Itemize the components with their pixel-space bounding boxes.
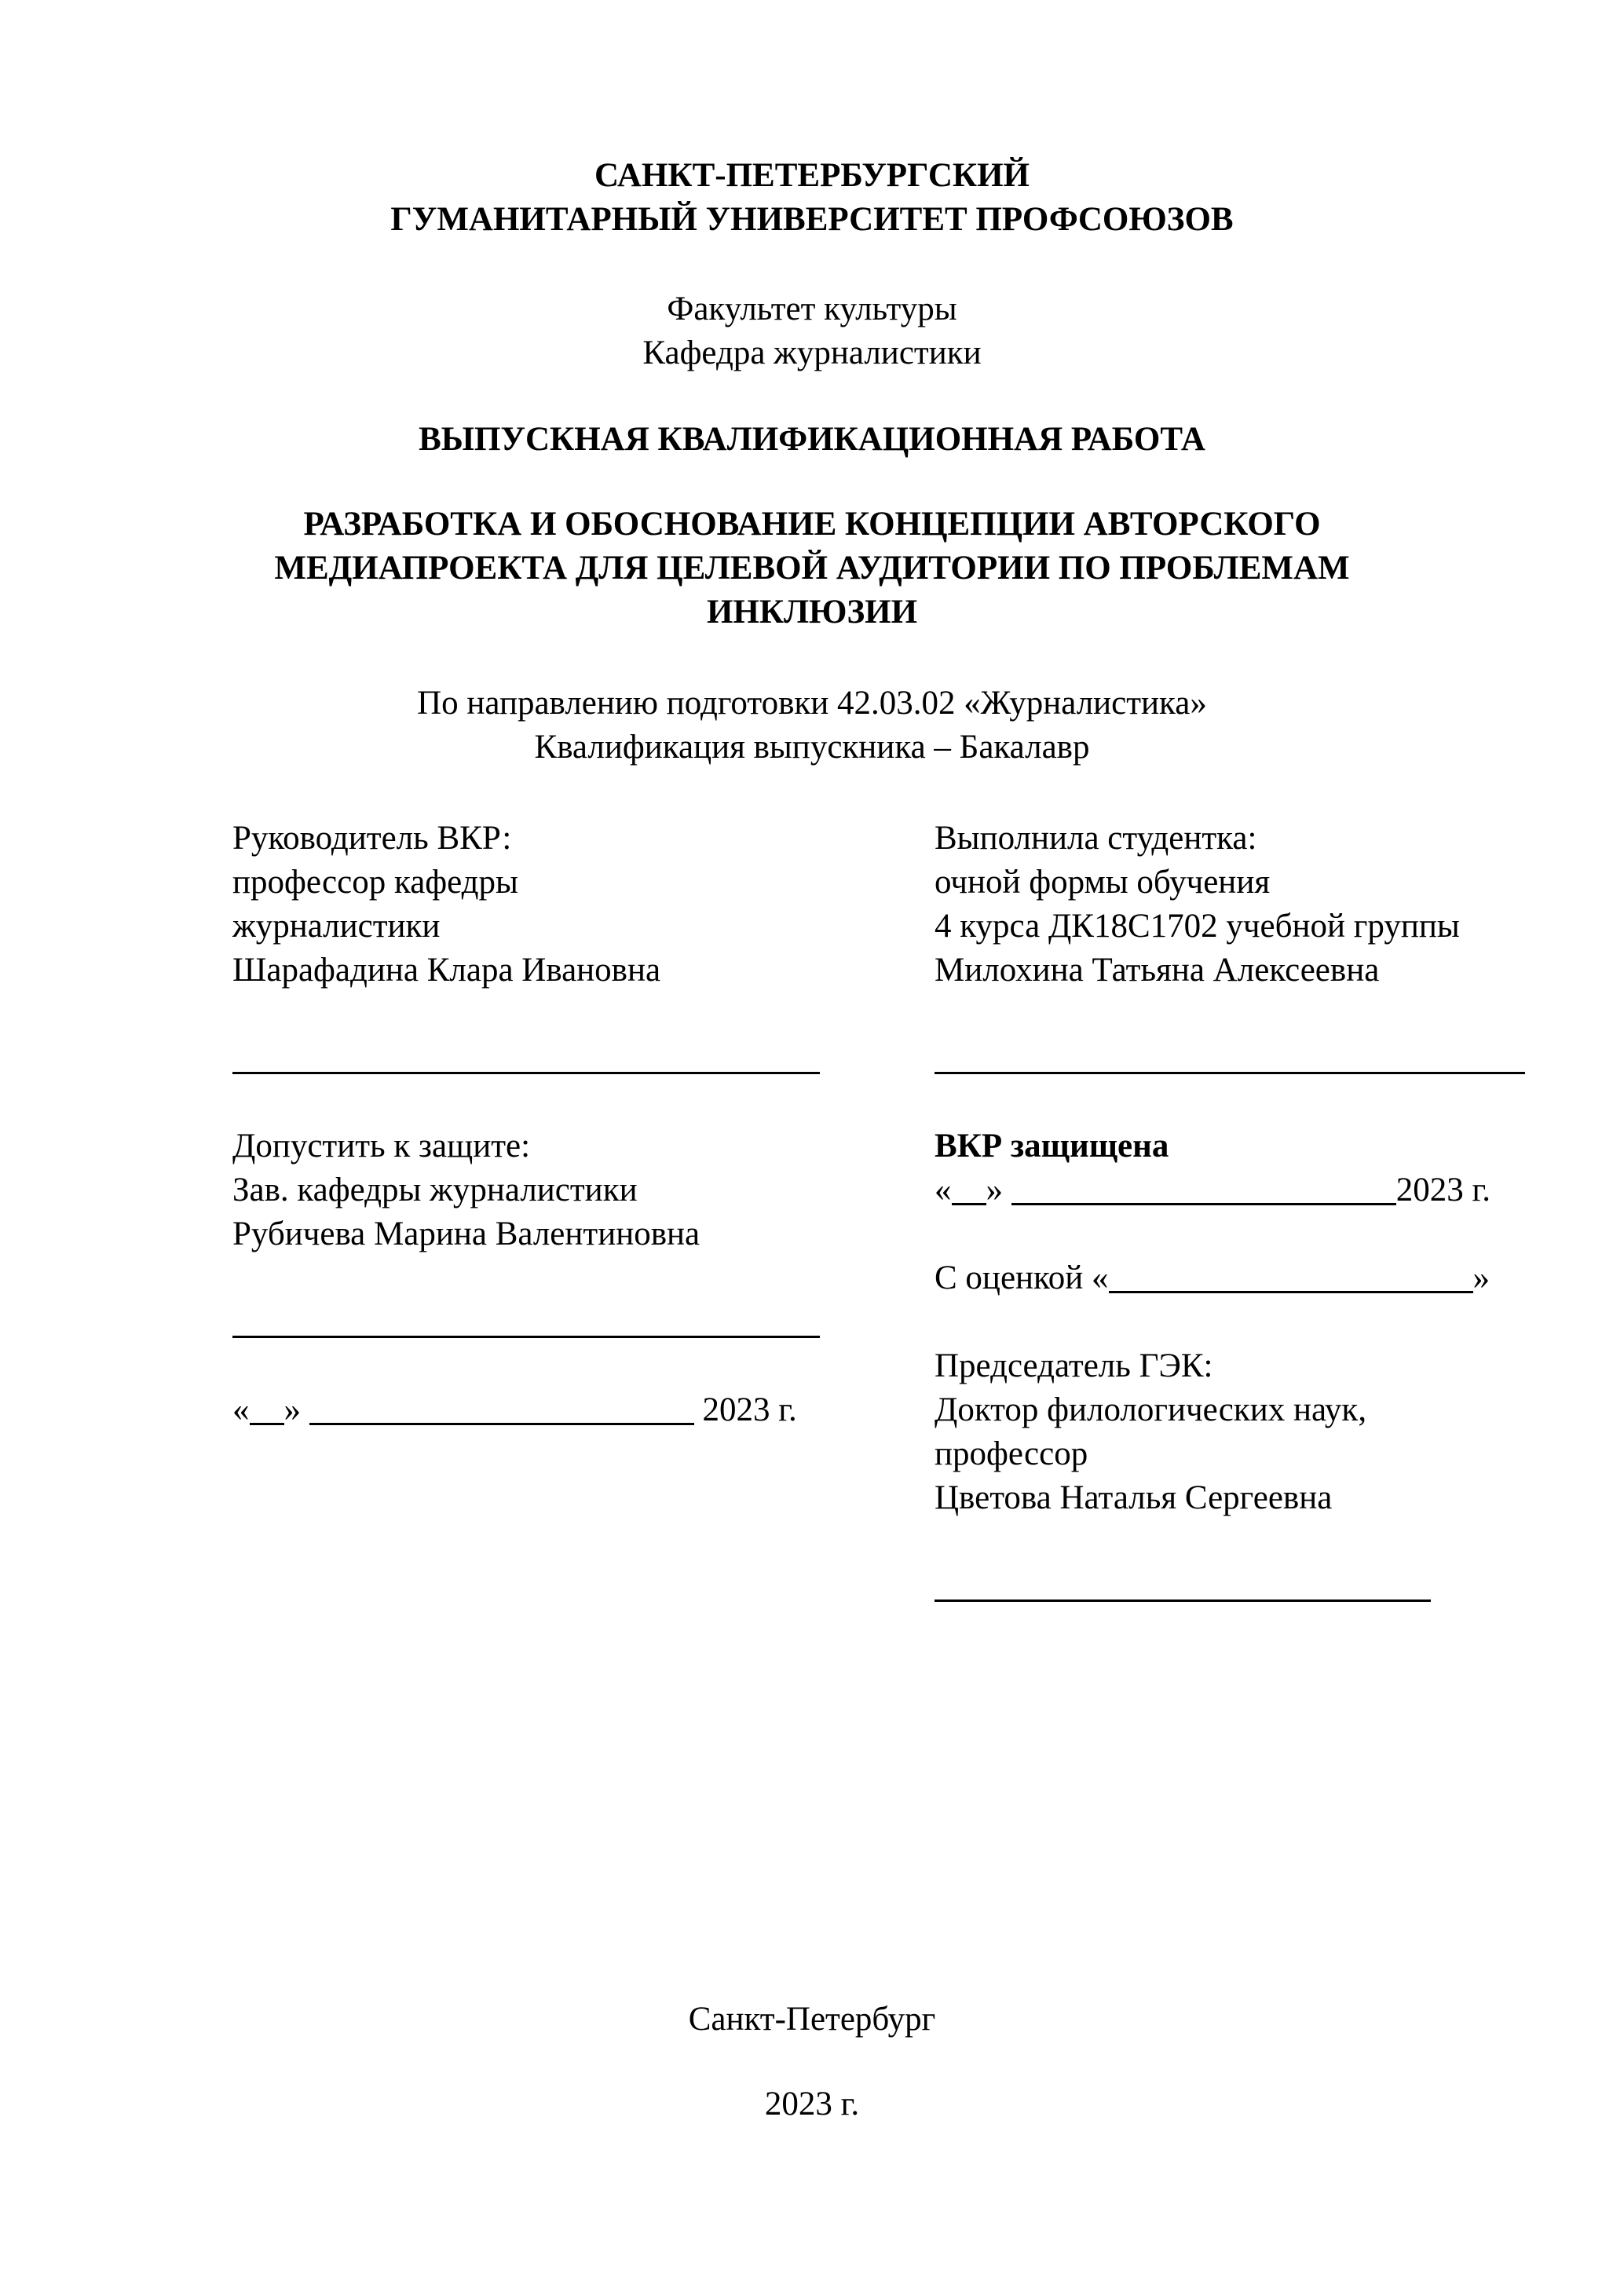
student-signature-line [935, 1036, 1490, 1080]
university-name: САНКТ-ПЕТЕРБУРГСКИЙ ГУМАНИТАРНЫЙ УНИВЕРС… [0, 154, 1624, 242]
close-quote: » [284, 1391, 302, 1428]
admission-position: Зав. кафедры журналистики [232, 1168, 797, 1212]
supervisor-position-line2: журналистики [232, 905, 797, 949]
month-blank [1011, 1173, 1396, 1205]
supervisor-name: Шарафадина Клара Ивановна [232, 949, 797, 993]
supervisor-position-line1: профессор кафедры [232, 861, 797, 905]
work-type-label: ВЫПУСКНАЯ КВАЛИФИКАЦИОННАЯ РАБОТА [0, 418, 1624, 462]
faculty-block: Факультет культуры Кафедра журналистики [0, 287, 1624, 375]
admission-year: 2023 г. [703, 1391, 797, 1428]
qualification-line: Квалификация выпускника – Бакалавр [0, 726, 1624, 770]
open-quote: « [935, 1172, 952, 1208]
defense-year: 2023 г. [1396, 1172, 1490, 1208]
city-name: Санкт-Петербург [0, 1998, 1624, 2042]
grade-line: С оценкой «» [935, 1256, 1490, 1300]
open-quote: « [232, 1391, 250, 1428]
commission-label: Председатель ГЭК: [935, 1344, 1490, 1388]
student-study-form: очной формы обучения [935, 861, 1490, 905]
grade-suffix: » [1473, 1260, 1490, 1296]
grade-prefix: С оценкой « [935, 1260, 1109, 1296]
admission-signature-line [232, 1300, 797, 1344]
day-blank [952, 1173, 986, 1205]
footer-year: 2023 г. [0, 2082, 1624, 2126]
commission-degree: Доктор филологических наук, [935, 1388, 1490, 1432]
commission-name: Цветова Наталья Сергеевна [935, 1476, 1490, 1520]
commission-position: профессор [935, 1432, 1490, 1476]
defense-label: ВКР защищена [935, 1124, 1490, 1168]
left-column: Руководитель ВКР: профессор кафедры журн… [232, 817, 797, 1432]
month-blank [309, 1393, 694, 1425]
supervisor-label: Руководитель ВКР: [232, 817, 797, 861]
student-group: 4 курса ДК18С1702 учебной группы [935, 905, 1490, 949]
admission-name: Рубичева Марина Валентиновна [232, 1212, 797, 1256]
admission-date: «» 2023 г. [232, 1388, 797, 1432]
department-name: Кафедра журналистики [0, 331, 1624, 375]
day-blank [250, 1393, 284, 1425]
university-name-line2: ГУМАНИТАРНЫЙ УНИВЕРСИТЕТ ПРОФСОЮЗОВ [0, 198, 1624, 242]
title-page: САНКТ-ПЕТЕРБУРГСКИЙ ГУМАНИТАРНЫЙ УНИВЕРС… [0, 0, 1624, 2296]
study-direction: По направлению подготовки 42.03.02 «Журн… [0, 682, 1624, 770]
defense-date: «» 2023 г. [935, 1168, 1490, 1212]
student-name: Милохина Татьяна Алексеевна [935, 949, 1490, 993]
student-label: Выполнила студентка: [935, 817, 1490, 861]
thesis-title-line3: ИНКЛЮЗИИ [0, 590, 1624, 634]
study-direction-line: По направлению подготовки 42.03.02 «Журн… [0, 682, 1624, 726]
footer-city: Санкт-Петербург [0, 1998, 1624, 2042]
thesis-title: РАЗРАБОТКА И ОБОСНОВАНИЕ КОНЦЕПЦИИ АВТОР… [0, 503, 1624, 634]
admission-label: Допустить к защите: [232, 1124, 797, 1168]
grade-blank [1109, 1261, 1473, 1293]
university-name-line1: САНКТ-ПЕТЕРБУРГСКИЙ [0, 154, 1624, 198]
supervisor-signature-line [232, 1036, 797, 1080]
commission-signature-line [935, 1564, 1490, 1608]
year-label: 2023 г. [0, 2082, 1624, 2126]
right-column: Выполнила студентка: очной формы обучени… [935, 817, 1490, 1608]
work-type: ВЫПУСКНАЯ КВАЛИФИКАЦИОННАЯ РАБОТА [0, 418, 1624, 462]
close-quote: » [986, 1172, 1004, 1208]
thesis-title-line1: РАЗРАБОТКА И ОБОСНОВАНИЕ КОНЦЕПЦИИ АВТОР… [0, 503, 1624, 547]
faculty-name: Факультет культуры [0, 287, 1624, 331]
thesis-title-line2: МЕДИАПРОЕКТА ДЛЯ ЦЕЛЕВОЙ АУДИТОРИИ ПО ПР… [0, 547, 1624, 590]
